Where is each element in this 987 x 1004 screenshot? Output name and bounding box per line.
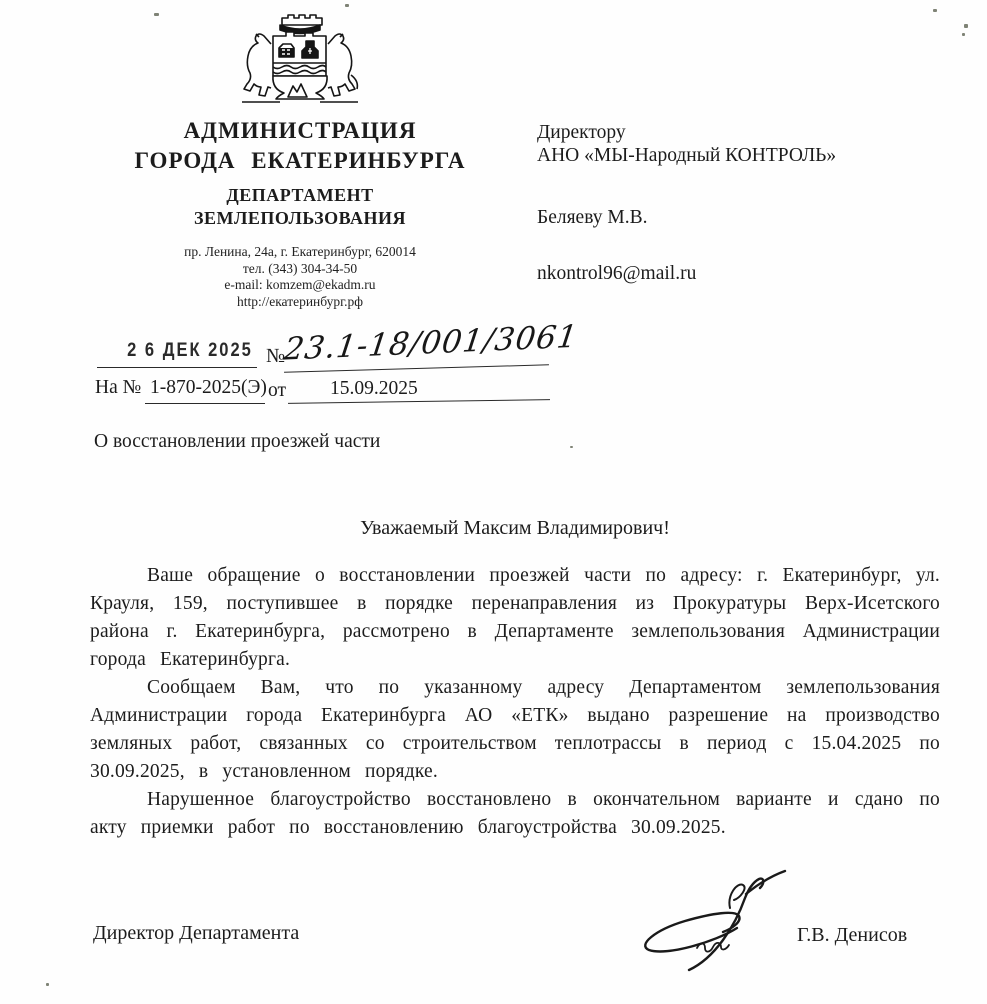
from-date-label: от bbox=[268, 380, 286, 402]
scan-speck bbox=[964, 24, 968, 28]
signature-name: Г.В. Денисов bbox=[797, 924, 907, 947]
reply-to-label: На № bbox=[95, 377, 141, 399]
letter-body: Ваше обращение о восстановлении проезжей… bbox=[90, 562, 940, 842]
contact-website: http://екатеринбург.рф bbox=[80, 294, 520, 311]
handwritten-signature bbox=[633, 868, 793, 976]
contact-phone: тел. (343) 304-34-50 bbox=[80, 261, 520, 278]
scan-speck bbox=[933, 9, 937, 12]
underline bbox=[97, 367, 257, 368]
body-paragraph: Сообщаем Вам, что по указанному адресу Д… bbox=[90, 674, 940, 786]
org-department-line2: ЗЕМЛЕПОЛЬЗОВАНИЯ bbox=[80, 207, 520, 230]
scan-speck bbox=[46, 983, 49, 986]
org-name-line1: АДМИНИСТРАЦИЯ bbox=[80, 116, 520, 146]
reference-block: 2 6 ДЕК 2025 № 23.1-18/001/3061 На № 1-8… bbox=[88, 332, 568, 412]
recipient-name: Беляеву М.В. bbox=[537, 206, 967, 229]
signature-title: Директор Департамента bbox=[93, 922, 299, 945]
scan-speck bbox=[345, 4, 349, 7]
contact-email: e-mail: komzem@ekadm.ru bbox=[80, 277, 520, 294]
letterhead: АДМИНИСТРАЦИЯ ГОРОДА ЕКАТЕРИНБУРГА ДЕПАР… bbox=[80, 10, 520, 310]
body-paragraph: Нарушенное благоустройство восстановлено… bbox=[90, 786, 940, 842]
recipient-email: nkontrol96@mail.ru bbox=[537, 262, 967, 285]
coat-of-arms-emblem bbox=[226, 10, 374, 110]
scan-speck bbox=[154, 13, 159, 16]
reply-to-number: 1-870-2025(Э) bbox=[150, 377, 267, 399]
outgoing-number-handwritten: 23.1-18/001/3061 bbox=[282, 318, 586, 367]
body-paragraph: Ваше обращение о восстановлении проезжей… bbox=[90, 562, 940, 674]
underline bbox=[145, 403, 265, 404]
subject-line: О восстановлении проезжей части bbox=[94, 431, 380, 453]
reply-to-date: 15.09.2025 bbox=[330, 378, 418, 400]
org-name-line2: ГОРОДА ЕКАТЕРИНБУРГА bbox=[80, 146, 520, 176]
recipient-block: Директору АНО «МЫ-Народный КОНТРОЛЬ» Бел… bbox=[537, 121, 967, 285]
underline bbox=[288, 399, 550, 404]
contact-address: пр. Ленина, 24а, г. Екатеринбург, 620014 bbox=[80, 244, 520, 261]
recipient-position: Директору bbox=[537, 121, 967, 144]
salutation: Уважаемый Максим Владимирович! bbox=[90, 517, 940, 540]
recipient-organization: АНО «МЫ-Народный КОНТРОЛЬ» bbox=[537, 144, 967, 167]
org-department-line1: ДЕПАРТАМЕНТ bbox=[80, 184, 520, 207]
date-stamp: 2 6 ДЕК 2025 bbox=[110, 339, 270, 362]
scan-speck bbox=[962, 33, 965, 36]
scan-speck bbox=[570, 446, 573, 448]
contact-block: пр. Ленина, 24а, г. Екатеринбург, 620014… bbox=[80, 244, 520, 310]
